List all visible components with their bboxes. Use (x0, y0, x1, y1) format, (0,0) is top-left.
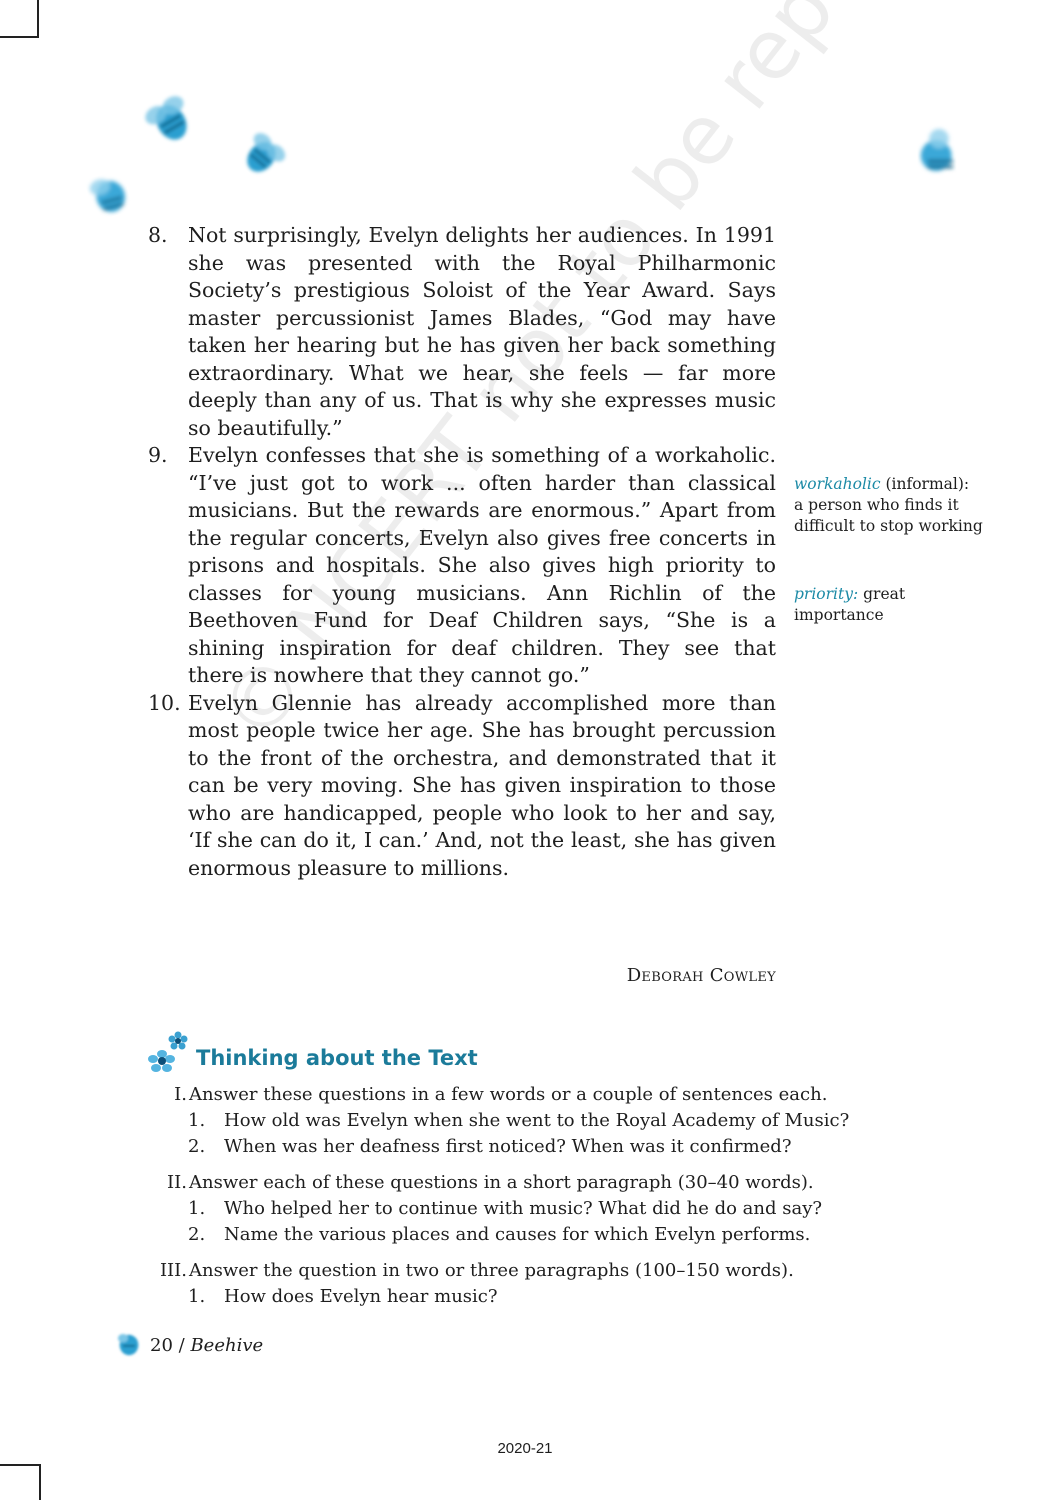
paragraph-10: 10. Evelyn Glennie has already accomplis… (148, 690, 776, 883)
glossary-definition: a person who finds it difficult to stop … (794, 496, 983, 535)
glossary-item-workaholic: workaholic (informal): a person who find… (794, 474, 994, 537)
question-number: 2. (188, 1134, 224, 1160)
crop-mark-bottom-left-h (0, 1464, 41, 1466)
question-text: Name the various places and causes for w… (224, 1222, 810, 1248)
bee-icon (80, 168, 140, 220)
bee-icon (910, 122, 968, 178)
question-item: 1.How old was Evelyn when she went to th… (150, 1108, 910, 1134)
question-group-3: III.Answer the question in two or three … (150, 1258, 910, 1310)
section-title: Thinking about the Text (196, 1046, 478, 1076)
question-number: 1. (188, 1196, 224, 1222)
crop-mark-bottom-left-v (39, 1464, 41, 1500)
bee-icon (142, 92, 198, 148)
roman-numeral: III. (150, 1258, 189, 1284)
page-number: 20 / (150, 1335, 185, 1356)
questions: I.Answer these questions in a few words … (150, 1082, 910, 1320)
instruction: Answer each of these questions in a shor… (189, 1170, 814, 1196)
question-number: 1. (188, 1284, 224, 1310)
paragraph-number: 10. (148, 690, 188, 883)
roman-numeral: I. (150, 1082, 189, 1108)
author-name: Deborah Cowley (560, 965, 776, 986)
question-text: How does Evelyn hear music? (224, 1284, 498, 1310)
paragraph-number: 9. (148, 442, 188, 690)
paragraph-text: Evelyn confesses that she is something o… (188, 442, 776, 690)
bee-icon (232, 130, 294, 180)
question-item: 2.When was her deafness first noticed? W… (150, 1134, 910, 1160)
section-heading: Thinking about the Text (148, 1020, 478, 1076)
paragraph-text: Evelyn Glennie has already accomplished … (188, 690, 776, 883)
glossary-term: priority: (794, 585, 858, 603)
question-number: 1. (188, 1108, 224, 1134)
paragraph-8: 8. Not surprisingly, Evelyn delights her… (148, 222, 776, 442)
page-footer: 20 / Beehive (112, 1328, 263, 1362)
instruction: Answer the question in two or three para… (189, 1258, 794, 1284)
crop-mark-top-left-v (37, 0, 39, 38)
paragraph-text: Not surprisingly, Evelyn delights her au… (188, 222, 776, 442)
crop-mark-top-left-h (0, 36, 39, 38)
question-item: 2.Name the various places and causes for… (150, 1222, 910, 1248)
paragraph-9: 9. Evelyn confesses that she is somethin… (148, 442, 776, 690)
roman-numeral: II. (150, 1170, 189, 1196)
instruction: Answer these questions in a few words or… (189, 1082, 827, 1108)
question-number: 2. (188, 1222, 224, 1248)
question-text: When was her deafness first noticed? Whe… (224, 1134, 791, 1160)
question-group-2: II.Answer each of these questions in a s… (150, 1170, 910, 1248)
book-title: Beehive (190, 1335, 263, 1356)
glossary-note: (informal): (881, 475, 970, 493)
question-group-1: I.Answer these questions in a few words … (150, 1082, 910, 1160)
flower-icon (148, 1028, 192, 1076)
glossary-item-priority: priority: great importance (794, 584, 994, 626)
glossary-term: workaholic (794, 475, 881, 493)
question-item: 1.Who helped her to continue with music?… (150, 1196, 910, 1222)
bee-icon (112, 1328, 146, 1362)
paragraph-number: 8. (148, 222, 188, 442)
edition-year: 2020-21 (0, 1440, 1050, 1457)
question-text: How old was Evelyn when she went to the … (224, 1108, 849, 1134)
question-text: Who helped her to continue with music? W… (224, 1196, 822, 1222)
passage: 8. Not surprisingly, Evelyn delights her… (148, 222, 776, 882)
question-item: 1.How does Evelyn hear music? (150, 1284, 910, 1310)
